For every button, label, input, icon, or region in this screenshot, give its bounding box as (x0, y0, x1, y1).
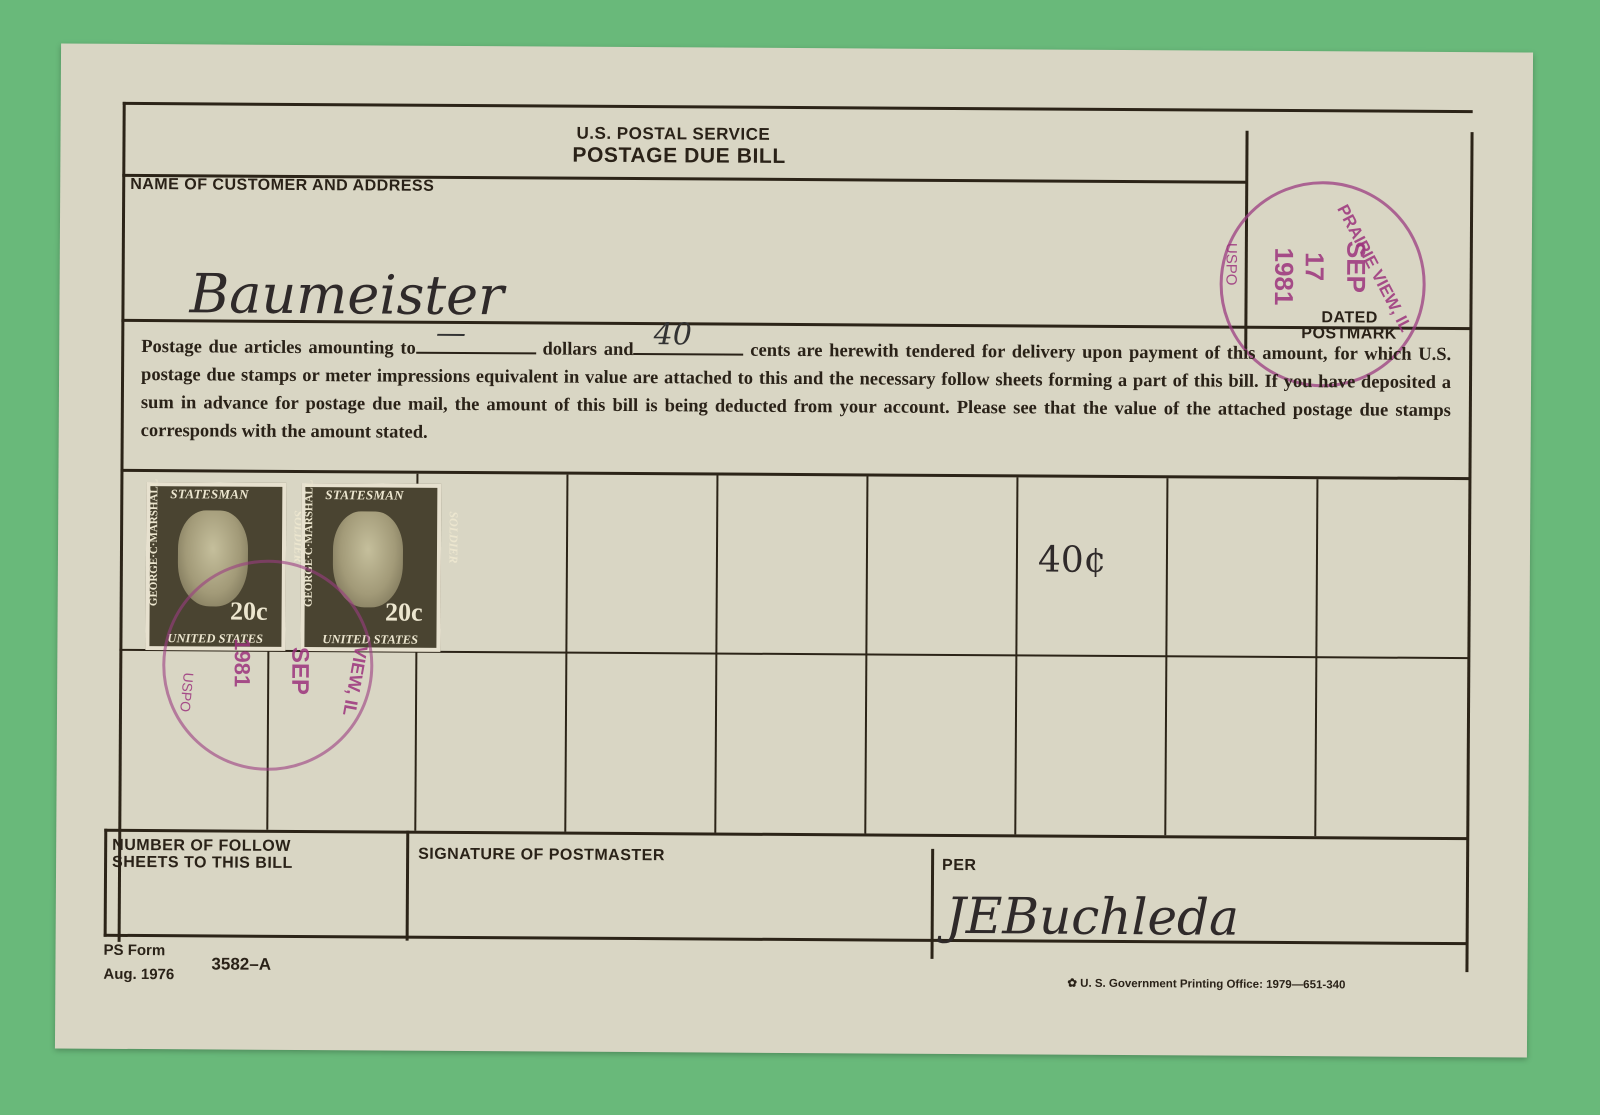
postmark2-year: 1981 (229, 638, 255, 687)
printer-note: ✿ U. S. Government Printing Office: 1979… (1067, 976, 1345, 992)
per-label: PER (942, 857, 977, 875)
bill-terms-text: Postage due articles amounting to— dolla… (141, 332, 1452, 453)
frame-left (118, 102, 126, 942)
postmark-year: 1981 (1268, 247, 1299, 305)
form-number: 3582–A (211, 954, 271, 974)
customer-label: NAME OF CUSTOMER AND ADDRESS (130, 176, 434, 196)
postage-due-bill-form: U.S. POSTAL SERVICE POSTAGE DUE BILL NAM… (55, 44, 1533, 1058)
per-signature[interactable]: JEBuchleda (946, 887, 1239, 947)
follow-sheets-label-2: SHEETS TO THIS BILL (112, 854, 293, 873)
bottom-v1 (406, 831, 410, 941)
bottom-v2 (931, 849, 935, 959)
frame-top (123, 102, 1473, 113)
postmark-day: 17 (1299, 252, 1330, 281)
form-date: Aug. 1976 (103, 966, 174, 983)
form-title: POSTAGE DUE BILL (572, 147, 785, 166)
body-part2: dollars and (542, 339, 633, 360)
text-divider (120, 469, 1470, 480)
agency-label: U.S. POSTAL SERVICE (576, 125, 770, 144)
postmark2-month: SEP (285, 647, 313, 695)
body-part1: Postage due articles amounting to (141, 337, 416, 359)
signature-label: SIGNATURE OF POSTMASTER (418, 846, 665, 866)
postmark-bottom-left (162, 559, 374, 771)
postmark-office: USPO (1222, 243, 1239, 286)
grid-note: 40¢ (1038, 539, 1107, 580)
ps-form-label: PS Form (103, 942, 165, 959)
cents-field[interactable]: 40 (634, 335, 744, 356)
postmark-month: SEP (1340, 241, 1371, 293)
dollars-field[interactable]: — (416, 334, 536, 355)
bottom-section-top (104, 829, 1468, 840)
follow-sheets-field[interactable] (108, 874, 403, 934)
frame-right (1465, 132, 1473, 972)
signature-field[interactable] (412, 868, 927, 937)
